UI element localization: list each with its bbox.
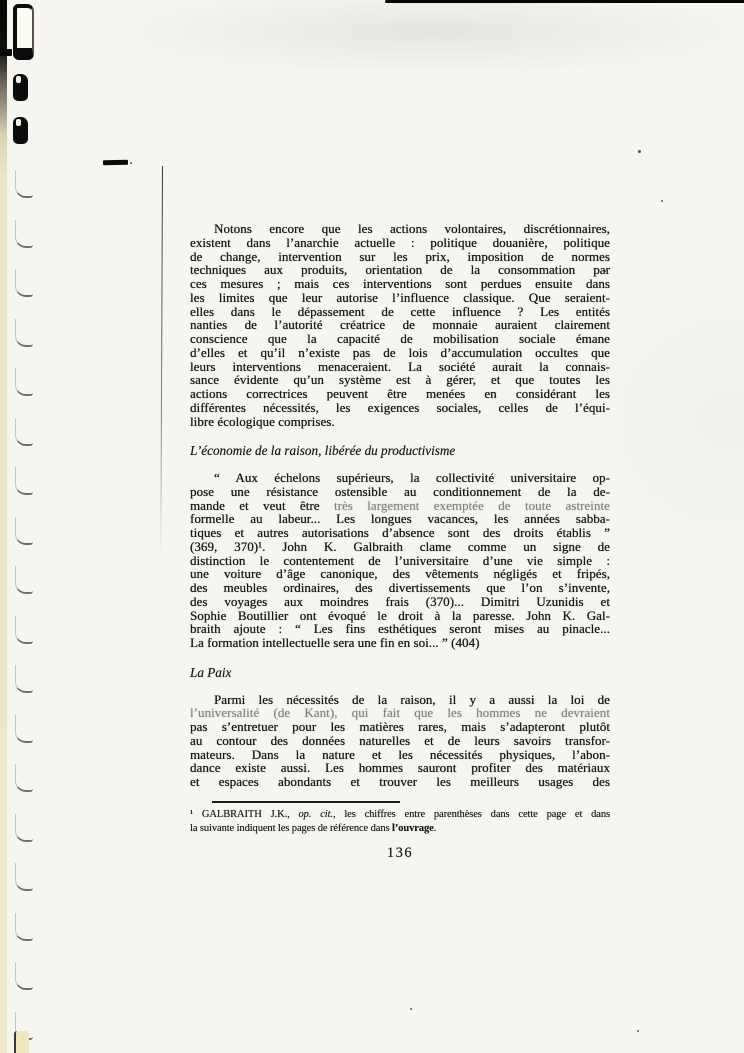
- section-heading: L’économie de la raison, libérée du prod…: [190, 444, 610, 458]
- text-segment: des voyages aux moindres frais (370)... …: [190, 594, 610, 609]
- text-segment: nanties de l’autorité créatrice de monna…: [190, 317, 610, 332]
- page-left-edge: [0, 0, 7, 1053]
- text-line: libre écologique comprises.: [190, 415, 610, 429]
- text-segment: pose une résistance ostensible au condit…: [190, 484, 610, 499]
- text-line: l’universalité (de Kant), qui fait que l…: [190, 706, 610, 720]
- binding-mark: [15, 665, 33, 693]
- text-segment: les limites que leur autorise l’influenc…: [190, 290, 610, 305]
- binding-mark: [13, 74, 28, 101]
- binding-mark: [15, 616, 33, 644]
- text-line: Notons encore que les actions volontaire…: [190, 222, 610, 236]
- text-line: des voyages aux moindres frais (370)... …: [190, 595, 610, 609]
- text-line: techniques aux produits, orientation de …: [190, 263, 610, 277]
- binding-mark: [15, 764, 33, 792]
- text-line: conscience que la capacité de mobilisati…: [190, 332, 610, 346]
- binding-mark: [14, 1031, 29, 1053]
- text-segment: libre écologique comprises.: [190, 414, 335, 429]
- scan-speck: [410, 1008, 412, 1010]
- text-line: des meubles ordinaires, des divertisseme…: [190, 581, 610, 595]
- paragraph: “ Aux échelons supérieurs, la collectivi…: [190, 471, 610, 650]
- text-line: nanties de l’autorité créatrice de monna…: [190, 318, 610, 332]
- page-text-block: Notons encore que les actions volontaire…: [190, 222, 610, 862]
- scan-speck: [130, 162, 132, 164]
- binding-mark: [15, 368, 33, 396]
- text-line: formelle au labeur... Les longues vacanc…: [190, 512, 610, 526]
- text-segment: actions correctrices peuvent être menées…: [190, 386, 610, 401]
- scan-speck: [661, 200, 663, 202]
- scan-speck: [637, 1030, 639, 1032]
- binding-mark: [15, 566, 33, 594]
- section-heading: La Paix: [190, 666, 610, 680]
- text-segment: conscience que la capacité de mobilisati…: [190, 331, 610, 346]
- text-segment: dance existe aussi. Les hommes sauront p…: [190, 760, 610, 775]
- binding-mark: [15, 418, 33, 446]
- text-segment: l’ouvrage: [392, 823, 434, 834]
- text-segment: et espaces abondants et trouver les meil…: [190, 774, 610, 789]
- text-line: (369, 370)¹. John K. Galbraith clame com…: [190, 540, 610, 554]
- text-line: d’elles et qu’il n’existe pas de lois d’…: [190, 346, 610, 360]
- binding-mark: [15, 913, 33, 941]
- text-line: sance évidente qu’un système est à gérer…: [190, 373, 610, 387]
- text-segment: mateurs. Dans la nature et les nécessité…: [190, 747, 610, 762]
- body-text: Notons encore que les actions volontaire…: [190, 222, 610, 789]
- footnote-rule: [212, 801, 400, 803]
- text-line: pose une résistance ostensible au condit…: [190, 485, 610, 499]
- footnote: ¹ GALBRAITH J.K., op. cit., les chiffres…: [190, 808, 610, 836]
- text-segment: d’elles et qu’il n’existe pas de lois d’…: [190, 345, 610, 360]
- text-line: elles dans le dépassement de cette influ…: [190, 305, 610, 319]
- text-segment: elles dans le dépassement de cette influ…: [190, 304, 610, 319]
- text-line: existent dans l’anarchie actuelle : poli…: [190, 236, 610, 250]
- text-line: de change, intervention sur les prix, im…: [190, 250, 610, 264]
- paragraph: Notons encore que les actions volontaire…: [190, 222, 610, 428]
- text-segment: l’universalité (de Kant), qui fait que l…: [190, 705, 610, 720]
- scan-speck: [638, 150, 641, 153]
- text-line: leurs interventions menaceraient. La soc…: [190, 360, 610, 374]
- text-segment: ¹ GALBRAITH J.K.,: [190, 809, 299, 820]
- binding-mark: [13, 117, 28, 144]
- text-segment: distinction le contentement de l’univers…: [190, 553, 610, 568]
- text-segment: techniques aux produits, orientation de …: [190, 262, 610, 277]
- text-line: ces mesures ; mais ces interventions son…: [190, 277, 610, 291]
- text-segment: op. cit.: [299, 809, 333, 820]
- text-segment: très largement exemptée de toute astrein…: [334, 498, 610, 513]
- text-segment: la suivante indiquent les pages de référ…: [190, 823, 392, 834]
- text-line: pas s’entretuer pour les matières rares,…: [190, 720, 610, 734]
- edge-dash-mark: [0, 49, 12, 56]
- text-segment: des meubles ordinaires, des divertisseme…: [190, 580, 610, 595]
- page-fold-line: [160, 166, 163, 558]
- text-segment: pas s’entretuer pour les matières rares,…: [190, 719, 610, 734]
- paragraph: Parmi les nécessités de la raison, il y …: [190, 693, 610, 789]
- text-line: distinction le contentement de l’univers…: [190, 554, 610, 568]
- text-segment: sance évidente qu’un système est à gérer…: [190, 372, 610, 387]
- text-segment: , les chiffres entre parenthèses dans ce…: [333, 809, 610, 820]
- binding-mark: [15, 170, 33, 198]
- text-line: une voiture d’âge canonique, des vêtemen…: [190, 567, 610, 581]
- text-segment: leurs interventions menaceraient. La soc…: [190, 359, 610, 374]
- text-segment: une voiture d’âge canonique, des vêtemen…: [190, 566, 610, 581]
- binding-mark: [15, 863, 33, 891]
- footnote-line: ¹ GALBRAITH J.K., op. cit., les chiffres…: [190, 808, 610, 822]
- text-line: “ Aux échelons supérieurs, la collectivi…: [190, 471, 610, 485]
- text-line: différentes nécessités, les exigences so…: [190, 401, 610, 415]
- text-line: Sophie Boutillier ont évoqué le droit à …: [190, 609, 610, 623]
- text-segment: au contour des données naturelles et de …: [190, 733, 610, 748]
- binding-mark: [13, 4, 34, 60]
- text-line: tiques et autres autorisations d’absence…: [190, 526, 610, 540]
- scan-top-edge-line: [385, 0, 744, 3]
- text-segment: Sophie Boutillier ont évoqué le droit à …: [190, 608, 610, 623]
- text-segment: mande et veut être: [190, 498, 334, 513]
- footnote-line: la suivante indiquent les pages de référ…: [190, 822, 610, 836]
- text-segment: de change, intervention sur les prix, im…: [190, 249, 610, 264]
- text-line: dance existe aussi. Les hommes sauront p…: [190, 761, 610, 775]
- ink-dash-mark: [103, 160, 128, 165]
- text-segment: (369, 370)¹. John K. Galbraith clame com…: [190, 539, 610, 554]
- page-number: 136: [190, 845, 610, 862]
- binding-mark: [15, 962, 33, 990]
- text-line: mateurs. Dans la nature et les nécessité…: [190, 748, 610, 762]
- binding-mark: [15, 715, 33, 743]
- text-segment: Notons encore que les actions volontaire…: [214, 221, 610, 236]
- binding-mark: [15, 220, 33, 248]
- binding-mark: [15, 319, 33, 347]
- text-segment: existent dans l’anarchie actuelle : poli…: [190, 235, 610, 250]
- text-line: La formation intellectuelle sera une fin…: [190, 636, 610, 650]
- binding-mark: [15, 269, 33, 297]
- scanned-page: Notons encore que les actions volontaire…: [0, 0, 744, 1053]
- text-line: et espaces abondants et trouver les meil…: [190, 775, 610, 789]
- text-line: mande et veut être très largement exempt…: [190, 499, 610, 513]
- text-line: actions correctrices peuvent être menées…: [190, 387, 610, 401]
- text-segment: braith ajoute : “ Les fins esthétiques s…: [190, 621, 610, 636]
- text-segment: tiques et autres autorisations d’absence…: [190, 525, 610, 540]
- binding-mark: [15, 814, 33, 842]
- text-segment: formelle au labeur... Les longues vacanc…: [190, 511, 610, 526]
- text-line: les limites que leur autorise l’influenc…: [190, 291, 610, 305]
- text-line: braith ajoute : “ Les fins esthétiques s…: [190, 622, 610, 636]
- binding-mark: [15, 467, 33, 495]
- text-segment: “ Aux échelons supérieurs, la collectivi…: [214, 470, 610, 485]
- text-segment: La formation intellectuelle sera une fin…: [190, 635, 480, 650]
- binding-mark: [15, 517, 33, 545]
- text-segment: .: [434, 823, 437, 834]
- text-line: au contour des données naturelles et de …: [190, 734, 610, 748]
- text-segment: différentes nécessités, les exigences so…: [190, 400, 610, 415]
- text-segment: ces mesures ; mais ces interventions son…: [190, 276, 610, 291]
